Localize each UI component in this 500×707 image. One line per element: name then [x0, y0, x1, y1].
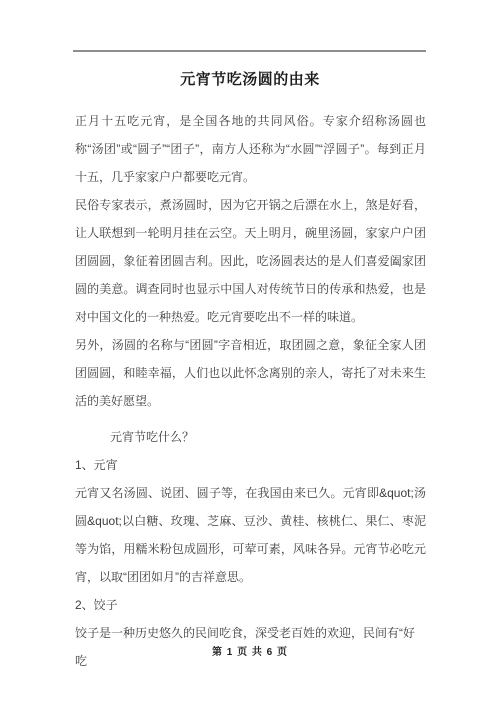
list-item-2-jiaozi: 2、饺子 — [75, 591, 426, 619]
document-title: 元宵节吃汤圆的由来 — [0, 68, 500, 89]
paragraph-yuanxiao-description: 元宵又名汤圆、说团、圆子等，在我国由来已久。元宵即&quot;汤圆&quot;以… — [75, 479, 426, 591]
page-number-footer: 第 1 页 共 6 页 — [0, 643, 500, 658]
document-title-text: 元宵节吃汤圆的由来 — [180, 71, 320, 88]
document-page: 元宵节吃汤圆的由来 正月十五吃元宵，是全国各地的共同风俗。专家介绍称汤圆也称“汤… — [0, 0, 500, 707]
section-heading-what-to-eat: 元宵节吃什么？ — [75, 423, 426, 451]
list-item-1-yuanxiao: 1、元宵 — [75, 451, 426, 479]
document-body: 正月十五吃元宵，是全国各地的共同风俗。专家介绍称汤圆也称“汤团”或“圆子”“团子… — [75, 107, 426, 675]
header-divider-line — [73, 50, 426, 52]
paragraph-reunion-meaning: 另外，汤圆的名称与“团圆”字音相近，取团圆之意，象征全家人团团圆圆，和睦幸福，人… — [75, 331, 426, 415]
paragraph-origin-custom: 正月十五吃元宵，是全国各地的共同风俗。专家介绍称汤圆也称“汤团”或“圆子”“团子… — [75, 107, 426, 191]
paragraph-folk-expert: 民俗专家表示，煮汤圆时，因为它开锅之后漂在水上，煞是好看，让人联想到一轮明月挂在… — [75, 191, 426, 331]
